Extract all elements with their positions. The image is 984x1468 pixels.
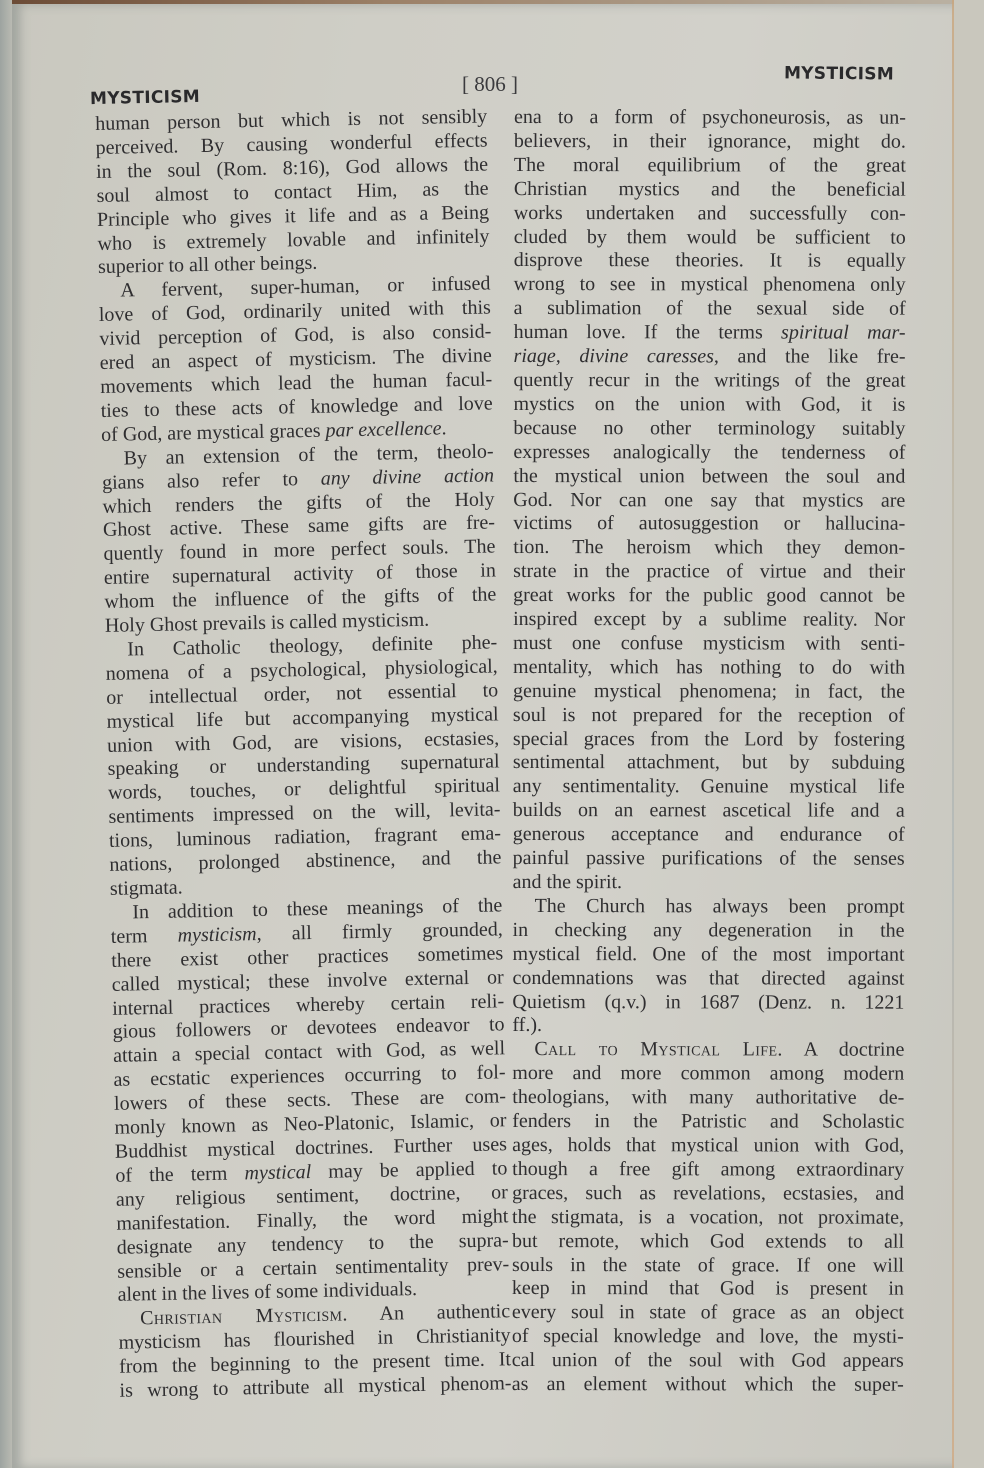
text-line: any sentimentality. Genuine mystical lif… — [513, 775, 905, 800]
text-line: fenders in the Patristic and Scholastic — [512, 1110, 904, 1135]
text-line: cluded by them would be sufficient to — [514, 226, 906, 251]
text-line: quently recur in the writings of the gre… — [513, 369, 905, 394]
page-number: [ 806 ] — [462, 72, 518, 97]
text-line: God. Nor can one say that mystics are — [513, 488, 905, 513]
text-line: every soul in state of grace as an objec… — [512, 1301, 904, 1326]
text-line: Christian mystics and the beneficial — [514, 178, 906, 203]
paragraph: Call to Mystical Life. A doctrine more a… — [512, 1038, 905, 1397]
text-fragment: An authentic — [379, 1301, 510, 1326]
facing-page-strip — [954, 0, 984, 1468]
text-line: generous acceptance and endurance of — [513, 823, 905, 848]
text-line: and the spirit. — [513, 871, 905, 896]
running-head-left: MYSTICISM — [90, 87, 200, 109]
text-line: great works for the public good cannot b… — [513, 584, 905, 609]
text-line: souls in the state of grace. If one will — [512, 1253, 904, 1278]
page-stack-edge — [0, 0, 12, 1468]
text-line: disprove these theories. It is equally — [514, 249, 906, 274]
left-column: human person but which is not sensibly p… — [95, 105, 512, 1403]
text-line: of special knowledge and love, the mysti… — [512, 1325, 904, 1350]
text-line: ff.). — [512, 1014, 904, 1039]
text-line: inspired except by a sublime reality. No… — [513, 608, 905, 633]
text-line: but remote, which God extends to all — [512, 1230, 904, 1255]
text-line: genuine mystical phenomena; in fact, the — [513, 680, 905, 705]
text-line: the mystical union between the soul and — [513, 465, 905, 490]
text-line: riage, divine caresses, and the like fre… — [514, 345, 906, 370]
text-line: special graces from the Lord by fosterin… — [513, 728, 905, 753]
text-line: tion. The heroism which they demon- — [513, 536, 905, 561]
text-line: more and more common among modern — [512, 1062, 904, 1087]
paragraph: A fervent, super-human, or infused love … — [98, 273, 493, 448]
text-line: builds on an earnest ascetical life and … — [513, 799, 905, 824]
text-line: sentimental attachment, but by subduing — [513, 751, 905, 776]
text-line: mystics on the union with God, it is — [513, 393, 905, 418]
book-gutter-line — [952, 0, 954, 1468]
text-line: ages, holds that mystical union with God… — [512, 1134, 904, 1159]
text-line: believers, in their ignorance, might do. — [514, 130, 906, 155]
section-heading: Call to Mystical Life. — [534, 1038, 783, 1060]
text-line: strate in the practice of virtue and the… — [513, 560, 905, 585]
text-line: graces, such as revelations, ecstasies, … — [512, 1182, 904, 1207]
text-line: because no other terminology suitably — [513, 417, 905, 442]
text-line: must one confuse mysticism with senti- — [513, 632, 905, 657]
paragraph: human person but which is not sensibly p… — [95, 105, 490, 280]
text-line: painful passive purifications of the sen… — [513, 847, 905, 872]
text-line: condemnations was that directed against — [512, 967, 904, 992]
text-line: The Church has always been prompt — [513, 895, 905, 920]
text-line: cal union of the soul with God appears — [512, 1349, 904, 1374]
text-line: mystical field. One of the most importan… — [512, 943, 904, 968]
text-line: Quietism (q.v.) in 1687 (Denz. n. 1221 — [512, 991, 904, 1016]
text-line: ena to a form of psychoneurosis, as un- — [514, 106, 906, 131]
text-line: The moral equilibrium of the great — [514, 154, 906, 179]
text-line: the stigmata, is a vocation, not proxima… — [512, 1206, 904, 1231]
text-line: works undertaken and successfully con- — [514, 202, 906, 227]
text-fragment: A doctrine — [804, 1039, 905, 1061]
section-heading: Christian Mysticism. — [140, 1304, 348, 1330]
paragraph: In Catholic theology, definite phe- nome… — [105, 631, 502, 901]
text-line: mentality, which has nothing to do with — [513, 656, 905, 681]
text-line: as an element without which the super- — [512, 1373, 904, 1398]
text-line: theologians, with many authoritative de- — [512, 1086, 904, 1111]
text-line: though a free gift among extraordinary — [512, 1158, 904, 1183]
paragraph: The Church has always been prompt in che… — [512, 895, 904, 1039]
text-line: wrong to see in mystical phenomena only — [514, 273, 906, 298]
paragraph: Christian Mysticism. An authentic mystic… — [118, 1301, 512, 1404]
text-line: soul is not prepared for the reception o… — [513, 704, 905, 729]
paragraph: In addition to these meanings of the ter… — [110, 894, 510, 1308]
running-head-right: MYSTICISM — [784, 63, 894, 84]
right-column: ena to a form of psychoneurosis, as un- … — [512, 106, 906, 1398]
text-line: keep in mind that God is present in — [512, 1277, 904, 1302]
paragraph: ena to a form of psychoneurosis, as un- … — [513, 106, 906, 896]
text-line: Call to Mystical Life. A doctrine — [512, 1038, 904, 1063]
text-line: human love. If the terms spiritual mar- — [514, 321, 906, 346]
paragraph: By an extension of the term, theolo- gia… — [101, 440, 497, 639]
text-line: a sublimation of the sexual side of — [514, 297, 906, 322]
text-line: expresses analogically the tenderness of — [513, 441, 905, 466]
text-line: in checking any degeneration in the — [513, 919, 905, 944]
text-line: victims of autosuggestion or hallucina- — [513, 512, 905, 537]
